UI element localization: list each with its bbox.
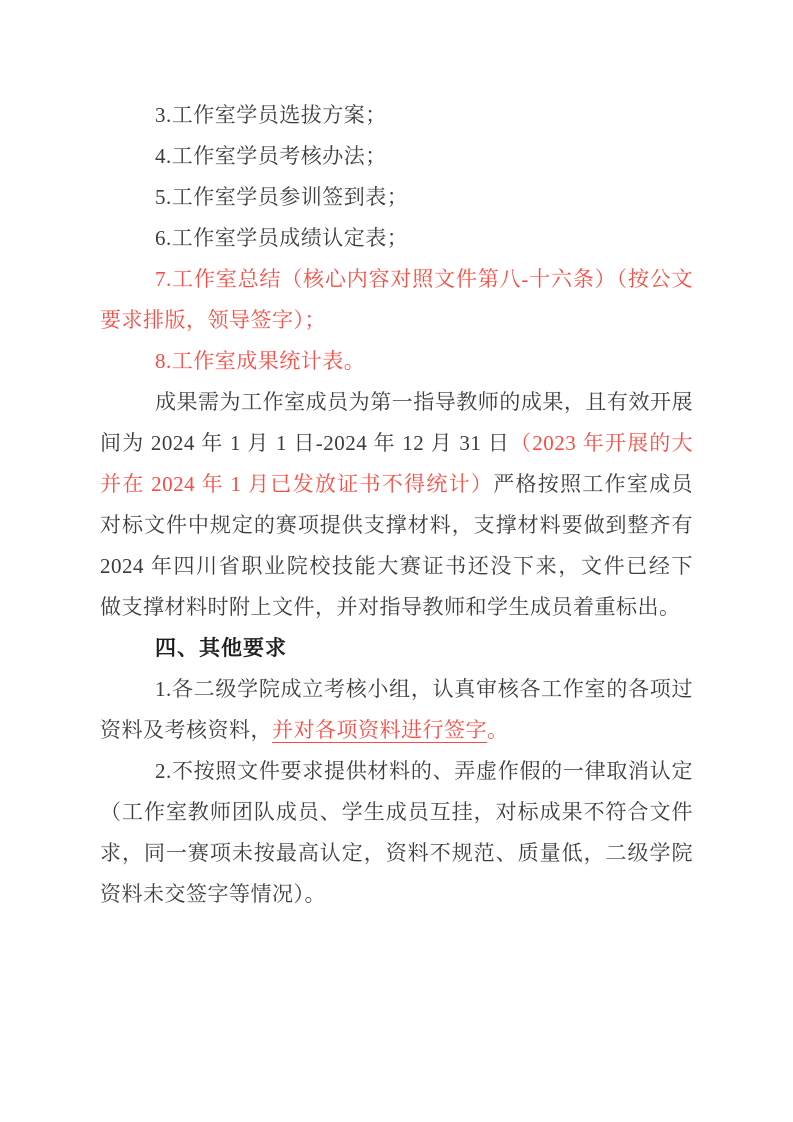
text-segment: 资料未交签字等情况）。 (100, 882, 326, 906)
text-segment: 4.工作室学员考核办法； (155, 144, 387, 168)
para-results-line-3: 并在 2024 年 1 月已发放证书不得统计）严格按照工作室成员及 (100, 464, 693, 505)
text-segment: 求，同一赛项未按最高认定，资料不规范、质量低，二级学院对 (100, 841, 693, 874)
list-item-6: 6.工作室学员成绩认定表； (100, 218, 693, 259)
other-req-2-line-2: （工作室教师团队成员、学生成员互挂，对标成果不符合文件要 (100, 792, 693, 833)
text-segment: 对标文件中规定的赛项提供支撑材料，支撑材料要做到整齐有序。 (100, 513, 693, 546)
text-segment: 四、其他要求 (155, 636, 287, 660)
text-segment: 做支撑材料时附上文件，并对指导教师和学生成员着重标出。 (100, 595, 681, 619)
text-segment: 间为 2024 年 1 月 1 日-2024 年 12 月 31 日 (100, 431, 510, 455)
text-segment: 并对各项资料进行签字 (272, 718, 487, 742)
para-results-line-5: 2024 年四川省职业院校技能大赛证书还没下来，文件已经下发， (100, 546, 693, 587)
para-results-line-1: 成果需为工作室成员为第一指导教师的成果，且有效开展时 (100, 382, 693, 423)
other-req-1-line-2: 资料及考核资料，并对各项资料进行签字。 (100, 710, 693, 751)
text-segment: 5.工作室学员参训签到表； (155, 185, 408, 209)
list-item-4: 4.工作室学员考核办法； (100, 136, 693, 177)
list-item-7-line-1: 7.工作室总结（核心内容对照文件第八-十六条）（按公文 (100, 259, 693, 300)
other-req-2-line-3: 求，同一赛项未按最高认定，资料不规范、质量低，二级学院对 (100, 833, 693, 874)
text-segment: 3.工作室学员选拔方案； (155, 103, 387, 127)
text-segment: 1.各二级学院成立考核小组，认真审核各工作室的各项过程 (100, 677, 693, 710)
list-item-8: 8.工作室成果统计表。 (100, 341, 693, 382)
document-page: 3.工作室学员选拔方案；4.工作室学员考核办法；5.工作室学员参训签到表；6.工… (0, 0, 793, 1122)
para-results-line-6: 做支撑材料时附上文件，并对指导教师和学生成员着重标出。 (100, 587, 693, 628)
other-req-1-line-1: 1.各二级学院成立考核小组，认真审核各工作室的各项过程 (100, 669, 693, 710)
list-item-3: 3.工作室学员选拔方案； (100, 95, 693, 136)
text-segment: 资料及考核资料， (100, 718, 272, 742)
section-heading-4: 四、其他要求 (100, 628, 693, 669)
para-results-line-2: 间为 2024 年 1 月 1 日-2024 年 12 月 31 日（2023 … (100, 423, 693, 464)
text-segment: （工作室教师团队成员、学生成员互挂，对标成果不符合文件要 (100, 800, 693, 833)
text-segment: 7.工作室总结（核心内容对照文件第八-十六条）（按公文 (155, 267, 693, 291)
other-req-2-line-4: 资料未交签字等情况）。 (100, 874, 693, 915)
text-segment: 8.工作室成果统计表。 (155, 349, 365, 373)
text-segment: 2024 年四川省职业院校技能大赛证书还没下来，文件已经下发， (100, 554, 693, 587)
para-results-line-4: 对标文件中规定的赛项提供支撑材料，支撑材料要做到整齐有序。 (100, 505, 693, 546)
other-req-2-line-1: 2.不按照文件要求提供材料的、弄虚作假的一律取消认定 (100, 751, 693, 792)
text-segment: 成果需为工作室成员为第一指导教师的成果，且有效开展时 (100, 390, 693, 423)
text-segment: 要求排版，领导签字）； (100, 308, 326, 332)
text-segment: 6.工作室学员成绩认定表； (155, 226, 408, 250)
document-body: 3.工作室学员选拔方案；4.工作室学员考核办法；5.工作室学员参训签到表；6.工… (100, 95, 693, 915)
list-item-5: 5.工作室学员参训签到表； (100, 177, 693, 218)
text-segment: 2.不按照文件要求提供材料的、弄虚作假的一律取消认定 (155, 759, 693, 783)
text-segment: 并在 2024 年 1 月已发放证书不得统计） (100, 472, 493, 496)
text-segment: 。 (487, 718, 509, 742)
list-item-7-line-2: 要求排版，领导签字）； (100, 300, 693, 341)
